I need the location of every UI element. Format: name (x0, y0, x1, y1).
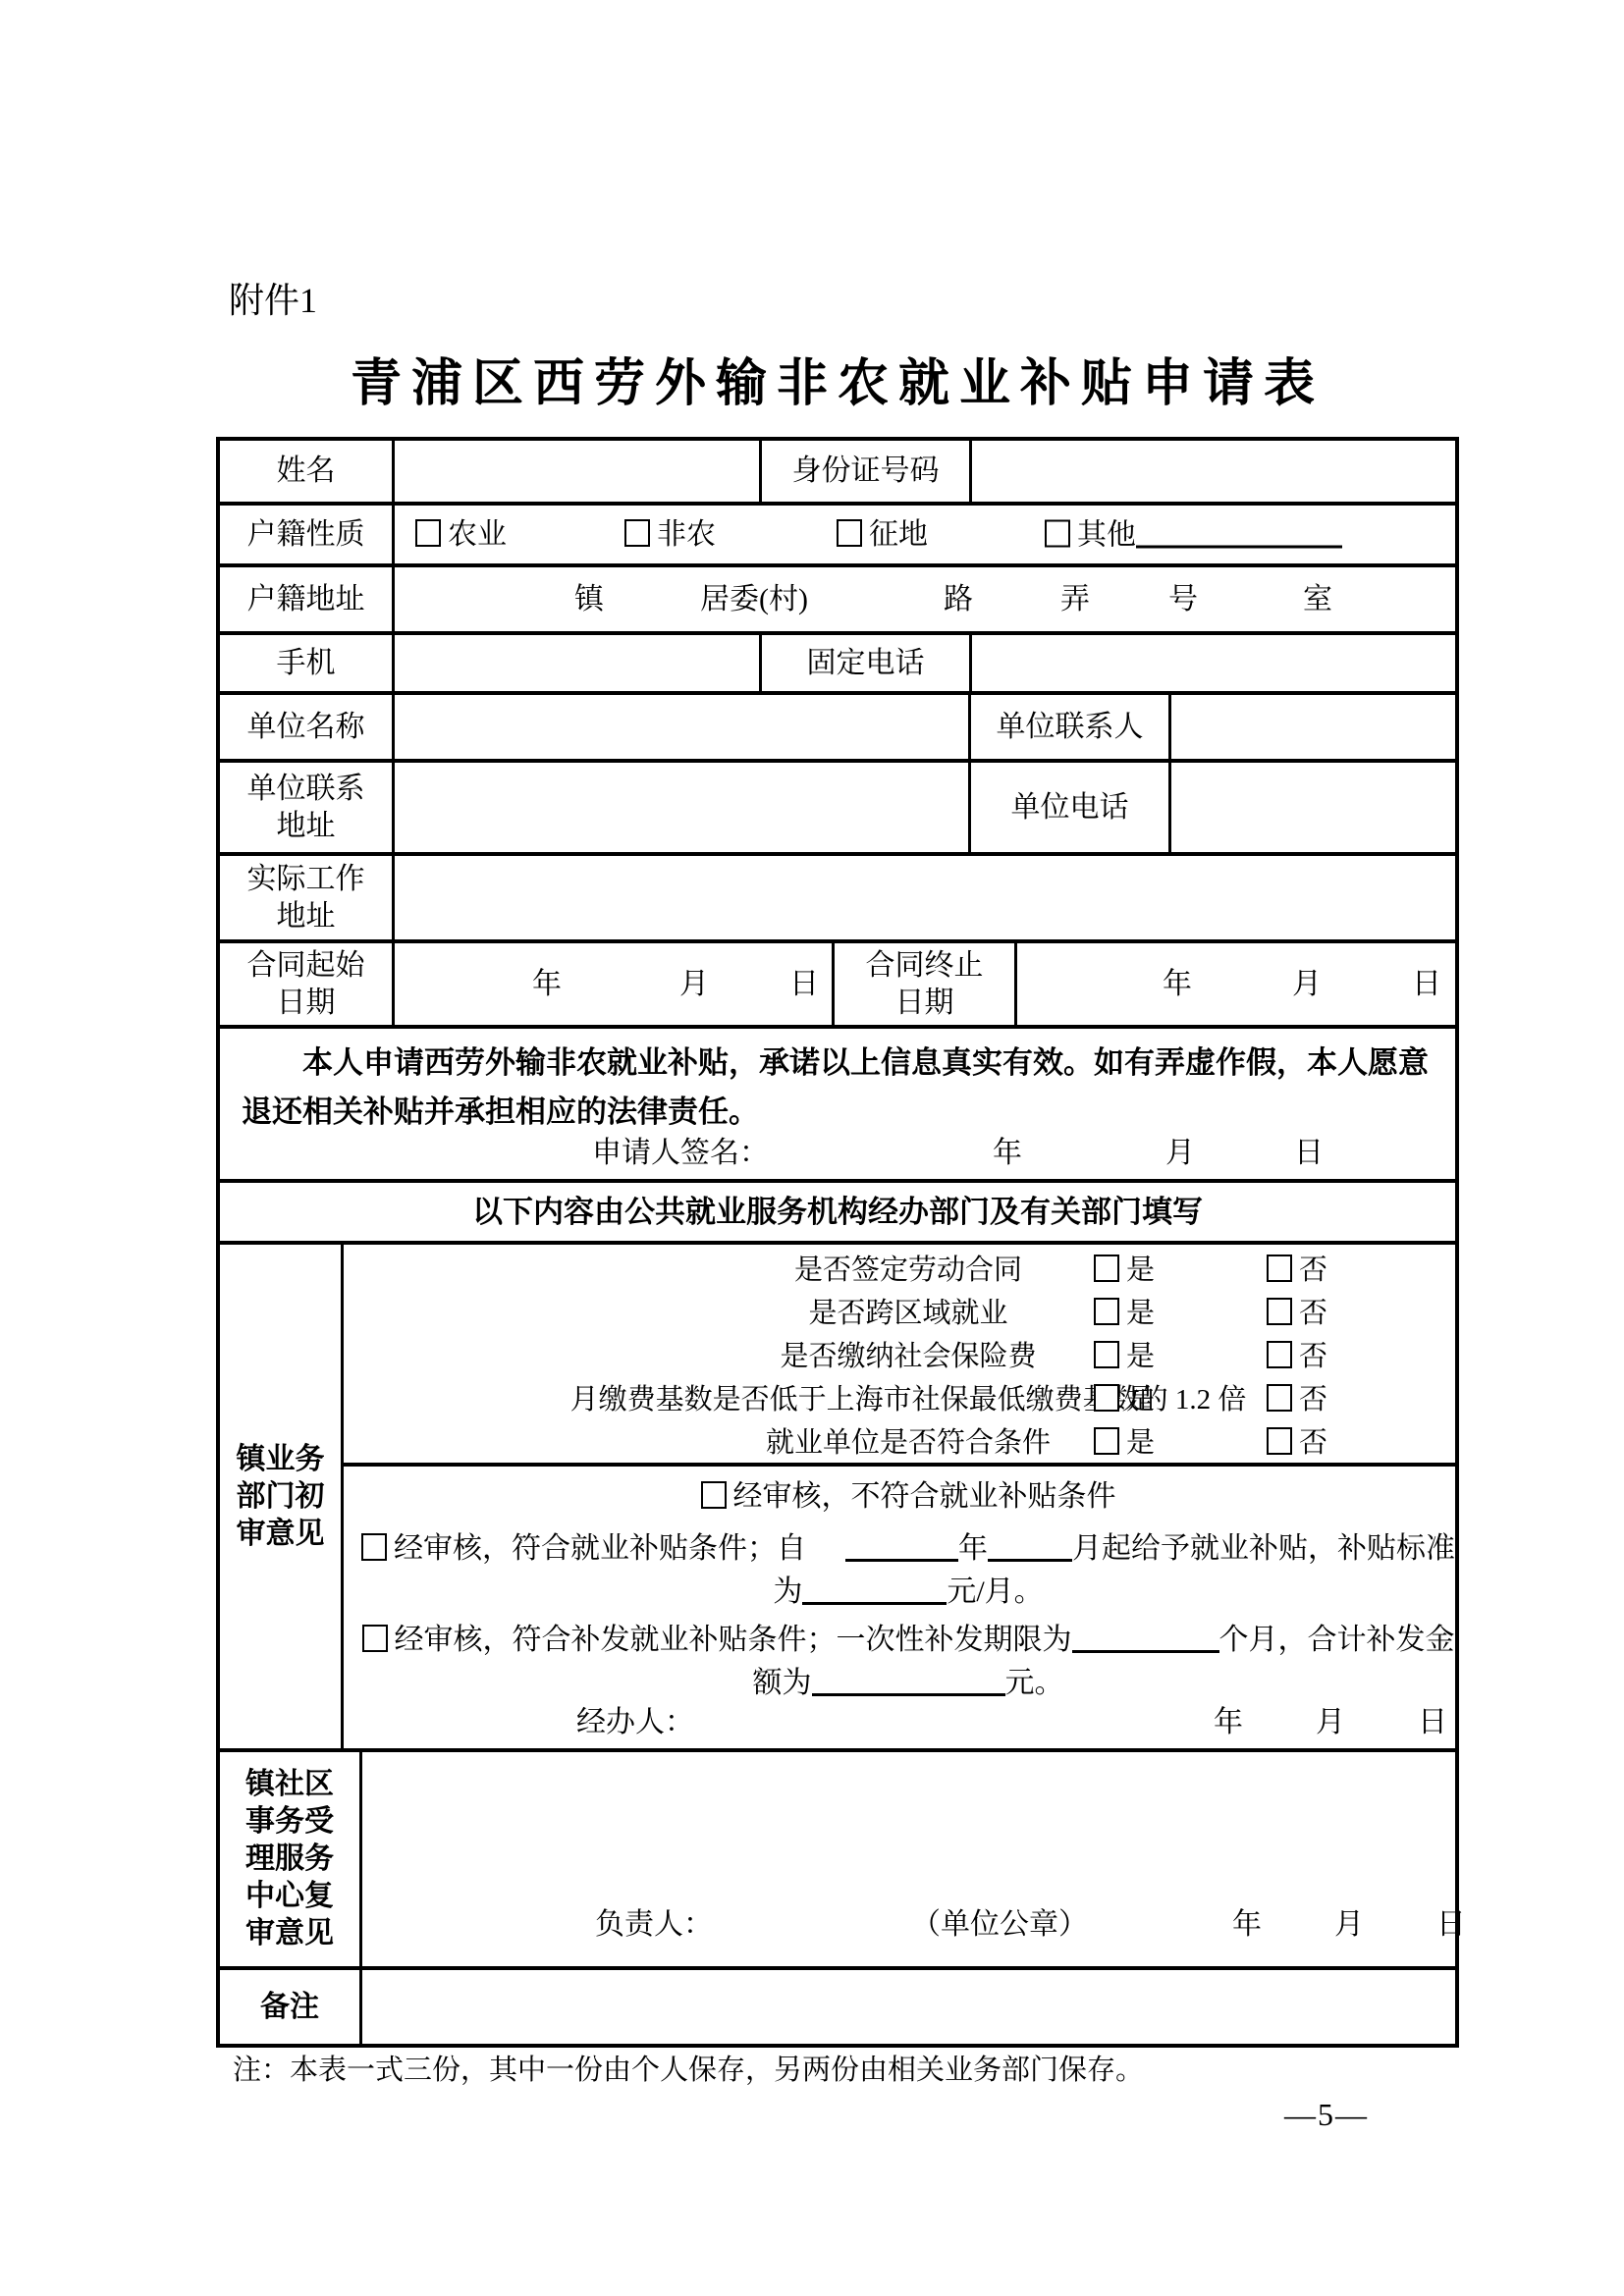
hukou-addr-label: 户籍地址 (247, 581, 365, 618)
section-header-text: 以下内容由公共就业服务机构经办部门及有关部门填写 (472, 1194, 1203, 1231)
option-other-label: 其他 (1077, 518, 1136, 551)
checkbox-land-requisition-icon (837, 519, 862, 547)
other-blank-line (1136, 515, 1342, 548)
sign-month-unit: 月 (1165, 1135, 1195, 1172)
checkbox-yes-icon (1094, 1255, 1119, 1282)
end-year-unit: 年 (1163, 966, 1192, 1003)
row-center-review: 镇社区 事务受 理服务 中心复 审意见 负责人： （单位公章） 年 月 日 (220, 1752, 1455, 1970)
checkbox-yes-icon (1094, 1384, 1119, 1412)
no-option: 否 (1267, 1335, 1327, 1378)
manager-year-unit: 年 (1232, 1903, 1262, 1947)
town-review-label: 镇业务 部门初 审意见 (237, 1441, 325, 1553)
question-text: 是否签定劳动合同 (794, 1255, 1022, 1286)
no-option: 否 (1267, 1292, 1327, 1335)
row-phone: 手机 固定电话 (220, 635, 1455, 695)
option-retro-line1: 经审核，符合补发就业补贴条件；一次性补发期限为个月，合计补发金 (361, 1619, 1455, 1662)
yes-option: 是 (1094, 1421, 1155, 1465)
no-option: 否 (1267, 1249, 1327, 1292)
row-company: 单位名称 单位联系人 (220, 695, 1455, 763)
form-title: 青浦区西劳外输非农就业补贴申请表 (216, 342, 1459, 415)
contract-start-value-cell: 年 月 日 (395, 943, 835, 1025)
option-not-eligible: 经审核，不符合就业补贴条件 (361, 1475, 1455, 1519)
row-contract-dates: 合同起始 日期 年 月 日 合同终止 日期 年 月 日 (220, 943, 1455, 1029)
row-hukou-address: 户籍地址 镇 居委(村) 路 弄 号 室 (220, 567, 1455, 635)
remarks-value-cell (362, 1970, 1455, 2044)
review-options-block: 经审核，不符合就业补贴条件 经审核，符合就业补贴条件；自年月起给予就业补贴，补贴… (344, 1475, 1455, 1705)
row-name: 姓名 身份证号码 (220, 441, 1455, 506)
page-number: —5— (1284, 2097, 1369, 2133)
company-contact-label: 单位联系人 (997, 709, 1144, 746)
option-non-agriculture-label: 非农 (657, 518, 716, 551)
question-payment-base: 月缴费基数是否低于上海市社保最低缴费基数的 1.2 倍 是 否 (344, 1378, 1455, 1421)
yes-option: 是 (1094, 1249, 1155, 1292)
unit-room: 室 (1303, 581, 1332, 618)
option-agriculture-label: 农业 (448, 518, 507, 551)
option-eligible-line1: 经审核，符合就业补贴条件；自年月起给予就业补贴，补贴标准 (361, 1527, 1455, 1571)
checkbox-yes-icon (1094, 1427, 1119, 1455)
question-text: 就业单位是否符合条件 (766, 1427, 1051, 1459)
applicant-sign-label: 申请人签名： (592, 1135, 769, 1172)
checkbox-yes-icon (1094, 1298, 1119, 1325)
town-review-content-cell: 是否签定劳动合同 是 否 是否跨区域就业 是 否 是否缴纳社会保险费 是 否 (344, 1245, 1455, 1748)
handler-line: 经办人： 年 月 日 (344, 1701, 1455, 1744)
checkbox-no-icon (1267, 1255, 1292, 1282)
mobile-label: 手机 (277, 645, 336, 682)
checkbox-non-agriculture-icon (624, 519, 650, 547)
contract-start-label-cell: 合同起始 日期 (220, 943, 395, 1025)
question-labor-contract: 是否签定劳动合同 是 否 (344, 1249, 1455, 1292)
question-employer-eligible: 就业单位是否符合条件 是 否 (344, 1421, 1455, 1465)
months-blank-line (1072, 1621, 1219, 1653)
yes-option: 是 (1094, 1292, 1155, 1335)
landline-value-cell (972, 635, 1455, 691)
document-page: 附件1 青浦区西劳外输非农就业补贴申请表 姓名 身份证号码 户籍性质 农业 非农… (0, 0, 1624, 2296)
end-day-unit: 日 (1412, 966, 1441, 1003)
yes-option: 是 (1094, 1378, 1155, 1421)
landline-label-cell: 固定电话 (762, 635, 972, 691)
company-phone-label-cell: 单位电话 (971, 763, 1171, 852)
contract-end-value-cell: 年 月 日 (1017, 943, 1455, 1025)
company-contact-value-cell (1171, 695, 1455, 759)
row-section-header: 以下内容由公共就业服务机构经办部门及有关部门填写 (220, 1183, 1455, 1245)
row-town-review: 镇业务 部门初 审意见 是否签定劳动合同 是 否 是否跨区域就业 是 否 (220, 1245, 1455, 1752)
mobile-value-cell (395, 635, 762, 691)
yes-option: 是 (1094, 1335, 1155, 1378)
checkbox-no-icon (1267, 1341, 1292, 1368)
handler-year-unit: 年 (1214, 1701, 1243, 1744)
unit-committee: 居委(村) (700, 581, 808, 618)
unit-town: 镇 (574, 581, 604, 618)
manager-label: 负责人： (595, 1903, 713, 1947)
row-hukou-type: 户籍性质 农业 非农 征地 其他 (220, 506, 1455, 567)
month-blank-line (988, 1529, 1072, 1562)
checkbox-option3-icon (362, 1625, 388, 1652)
sign-year-unit: 年 (993, 1135, 1022, 1172)
no-option: 否 (1267, 1421, 1327, 1465)
id-value-cell (972, 441, 1455, 502)
contract-end-label-cell: 合同终止 日期 (835, 943, 1017, 1025)
option-agriculture: 农业 (415, 516, 507, 554)
start-year-unit: 年 (532, 966, 562, 1003)
start-day-unit: 日 (789, 966, 819, 1003)
application-form-table: 姓名 身份证号码 户籍性质 农业 非农 征地 其他 户籍地址 镇 居委(村) 路… (216, 437, 1459, 2048)
row-remarks: 备注 (220, 1970, 1455, 2044)
amount-blank-line (802, 1573, 947, 1605)
manager-month-unit: 月 (1334, 1903, 1364, 1947)
question-text: 是否跨区域就业 (808, 1298, 1007, 1329)
no-option: 否 (1267, 1378, 1327, 1421)
question-cross-region: 是否跨区域就业 是 否 (344, 1292, 1455, 1335)
option-land-requisition: 征地 (837, 516, 928, 554)
center-review-content-cell: 负责人： （单位公章） 年 月 日 (362, 1752, 1455, 1966)
manager-day-unit: 日 (1436, 1903, 1466, 1947)
mobile-label-cell: 手机 (220, 635, 395, 691)
manager-line: 负责人： （单位公章） 年 月 日 (362, 1903, 1455, 1947)
seal-label: （单位公章） (911, 1903, 1088, 1947)
center-review-label-cell: 镇社区 事务受 理服务 中心复 审意见 (220, 1752, 362, 1966)
hukou-addr-label-cell: 户籍地址 (220, 567, 395, 631)
company-phone-value-cell (1171, 763, 1455, 852)
handler-month-unit: 月 (1316, 1701, 1345, 1744)
company-addr-label-cell: 单位联系 地址 (220, 763, 395, 852)
footnote: 注：本表一式三份，其中一份由个人保存，另两份由相关业务部门保存。 (233, 2048, 1144, 2088)
checkbox-option2-icon (361, 1533, 387, 1561)
id-label-cell: 身份证号码 (762, 441, 972, 502)
remarks-label: 备注 (260, 1989, 319, 2026)
question-social-insurance: 是否缴纳社会保险费 是 否 (344, 1335, 1455, 1378)
checkbox-no-icon (1267, 1427, 1292, 1455)
company-addr-value-cell (395, 763, 971, 852)
declaration-text: 本人申请西劳外输非农就业补贴，承诺以上信息真实有效。如有弄虚作假，本人愿意退还相… (242, 1039, 1434, 1137)
row-company-address: 单位联系 地址 单位电话 (220, 763, 1455, 856)
name-label: 姓名 (277, 453, 336, 490)
option-land-requisition-label: 征地 (869, 518, 928, 551)
remarks-label-cell: 备注 (220, 1970, 362, 2044)
town-review-label-cell: 镇业务 部门初 审意见 (220, 1245, 344, 1748)
unit-road: 路 (944, 581, 973, 618)
sign-day-unit: 日 (1294, 1135, 1324, 1172)
question-text: 是否缴纳社会保险费 (780, 1341, 1036, 1372)
checkbox-option1-icon (701, 1481, 727, 1509)
work-addr-label: 实际工作 地址 (247, 861, 365, 935)
option-non-agriculture: 非农 (624, 516, 716, 554)
company-name-label-cell: 单位名称 (220, 695, 395, 759)
handler-day-unit: 日 (1418, 1701, 1447, 1744)
center-review-label: 镇社区 事务受 理服务 中心复 审意见 (245, 1766, 334, 1952)
hukou-type-options-cell: 农业 非农 征地 其他 (395, 506, 1455, 563)
checkbox-no-icon (1267, 1298, 1292, 1325)
hukou-type-label-cell: 户籍性质 (220, 506, 395, 563)
contract-start-label: 合同起始 日期 (247, 947, 365, 1022)
company-contact-label-cell: 单位联系人 (971, 695, 1171, 759)
year-blank-line (845, 1529, 958, 1562)
checkbox-yes-icon (1094, 1341, 1119, 1368)
total-blank-line (812, 1664, 1005, 1696)
declaration-cell: 本人申请西劳外输非农就业补贴，承诺以上信息真实有效。如有弄虚作假，本人愿意退还相… (220, 1029, 1455, 1179)
unit-lane: 弄 (1060, 581, 1090, 618)
name-value-cell (395, 441, 762, 502)
row-declaration: 本人申请西劳外输非农就业补贴，承诺以上信息真实有效。如有弄虚作假，本人愿意退还相… (220, 1029, 1455, 1183)
contract-end-label: 合同终止 日期 (866, 947, 984, 1022)
option-retro-line2: 额为元。 (361, 1662, 1455, 1705)
checkbox-no-icon (1267, 1384, 1292, 1412)
work-addr-label-cell: 实际工作 地址 (220, 856, 395, 939)
company-addr-label: 单位联系 地址 (247, 771, 365, 845)
attachment-label: 附件1 (229, 273, 317, 323)
name-label-cell: 姓名 (220, 441, 395, 502)
company-phone-label: 单位电话 (1011, 789, 1129, 827)
end-month-unit: 月 (1292, 966, 1322, 1003)
review-questions-block: 是否签定劳动合同 是 否 是否跨区域就业 是 否 是否缴纳社会保险费 是 否 (344, 1245, 1455, 1467)
checkbox-other-icon (1045, 519, 1070, 547)
option-eligible-line2: 为元/月。 (361, 1571, 1455, 1614)
checkbox-agriculture-icon (415, 519, 441, 547)
option-other: 其他 (1045, 515, 1342, 554)
work-addr-value-cell (395, 856, 1455, 939)
hukou-addr-value-cell: 镇 居委(村) 路 弄 号 室 (395, 567, 1455, 631)
company-name-value-cell (395, 695, 971, 759)
row-work-address: 实际工作 地址 (220, 856, 1455, 943)
hukou-type-label: 户籍性质 (247, 516, 365, 554)
id-label: 身份证号码 (792, 453, 940, 490)
handler-label: 经办人： (576, 1701, 694, 1744)
landline-label: 固定电话 (807, 645, 925, 682)
start-month-unit: 月 (679, 966, 709, 1003)
unit-number: 号 (1168, 581, 1198, 618)
section-header-cell: 以下内容由公共就业服务机构经办部门及有关部门填写 (220, 1183, 1455, 1241)
company-name-label: 单位名称 (247, 709, 365, 746)
